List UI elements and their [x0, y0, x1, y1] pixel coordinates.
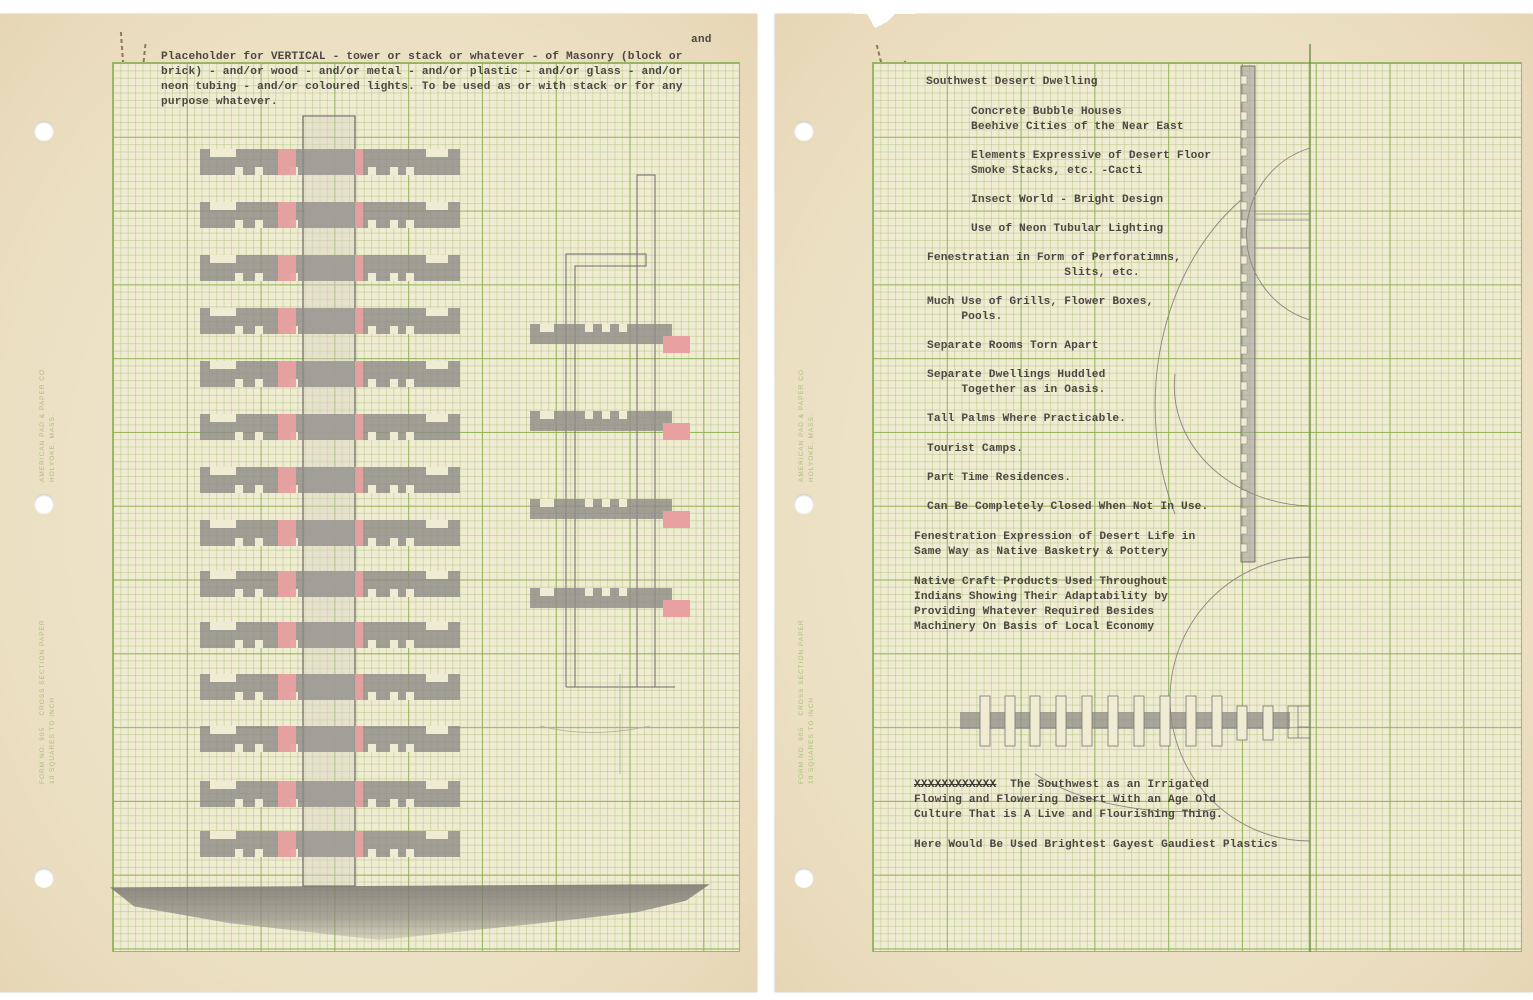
note-line: Tall Palms Where Practicable. — [927, 412, 1126, 427]
note-line: Pools. — [927, 310, 1003, 325]
note-line: Much Use of Grills, Flower Boxes, — [927, 295, 1154, 310]
final-line: Here Would Be Used Brightest Gayest Gaud… — [914, 838, 1278, 853]
note-line: Insect World - Bright Design — [971, 193, 1163, 208]
note-line: Separate Dwellings Huddled — [927, 368, 1105, 383]
note-line: Separate Rooms Torn Apart — [927, 339, 1099, 354]
paragraph-line: Indians Showing Their Adaptability by — [914, 590, 1168, 605]
note-line: Part Time Residences. — [927, 471, 1071, 486]
note-line: Tourist Camps. — [927, 442, 1023, 457]
note-line: Use of Neon Tubular Lighting — [971, 222, 1163, 237]
paragraph-line: Machinery On Basis of Local Economy — [914, 620, 1154, 635]
note-line: Beehive Cities of the Near East — [971, 120, 1184, 135]
tower-elevation-drawing — [0, 14, 757, 992]
paragraph-line: Providing Whatever Required Besides — [914, 605, 1154, 620]
note-line: Slits, etc. — [927, 266, 1140, 281]
paragraph-line: Native Craft Products Used Throughout — [914, 575, 1168, 590]
note-line: Elements Expressive of Desert Floor — [971, 149, 1211, 164]
right-page: American Pad & Paper Co.Holyoke, Mass. F… — [775, 14, 1533, 992]
note-line: Can Be Completely Closed When Not In Use… — [927, 500, 1208, 515]
closing-line: Culture That is A Live and Flourishing T… — [914, 808, 1223, 823]
note-line: Concrete Bubble Houses — [971, 105, 1122, 120]
note-line: Fenestratian in Form of Perforatimns, — [927, 251, 1181, 266]
struck-out-text: XXXXXXXXXXXX — [914, 779, 996, 791]
closing-line: XXXXXXXXXXXX The Southwest as an Irrigat… — [914, 778, 1209, 793]
left-page: American Pad & Paper Co.Holyoke, Mass. F… — [0, 14, 757, 992]
paragraph-line: Fenestration Expression of Desert Life i… — [914, 530, 1195, 545]
paragraph-line: Same Way as Native Basketry & Pottery — [914, 545, 1168, 560]
note-line: Smoke Stacks, etc. -Cacti — [971, 164, 1143, 179]
closing-line: Flowing and Flowering Desert With an Age… — [914, 793, 1216, 808]
note-line: Together as in Oasis. — [927, 383, 1105, 398]
document-title: Southwest Desert Dwelling — [926, 75, 1098, 90]
